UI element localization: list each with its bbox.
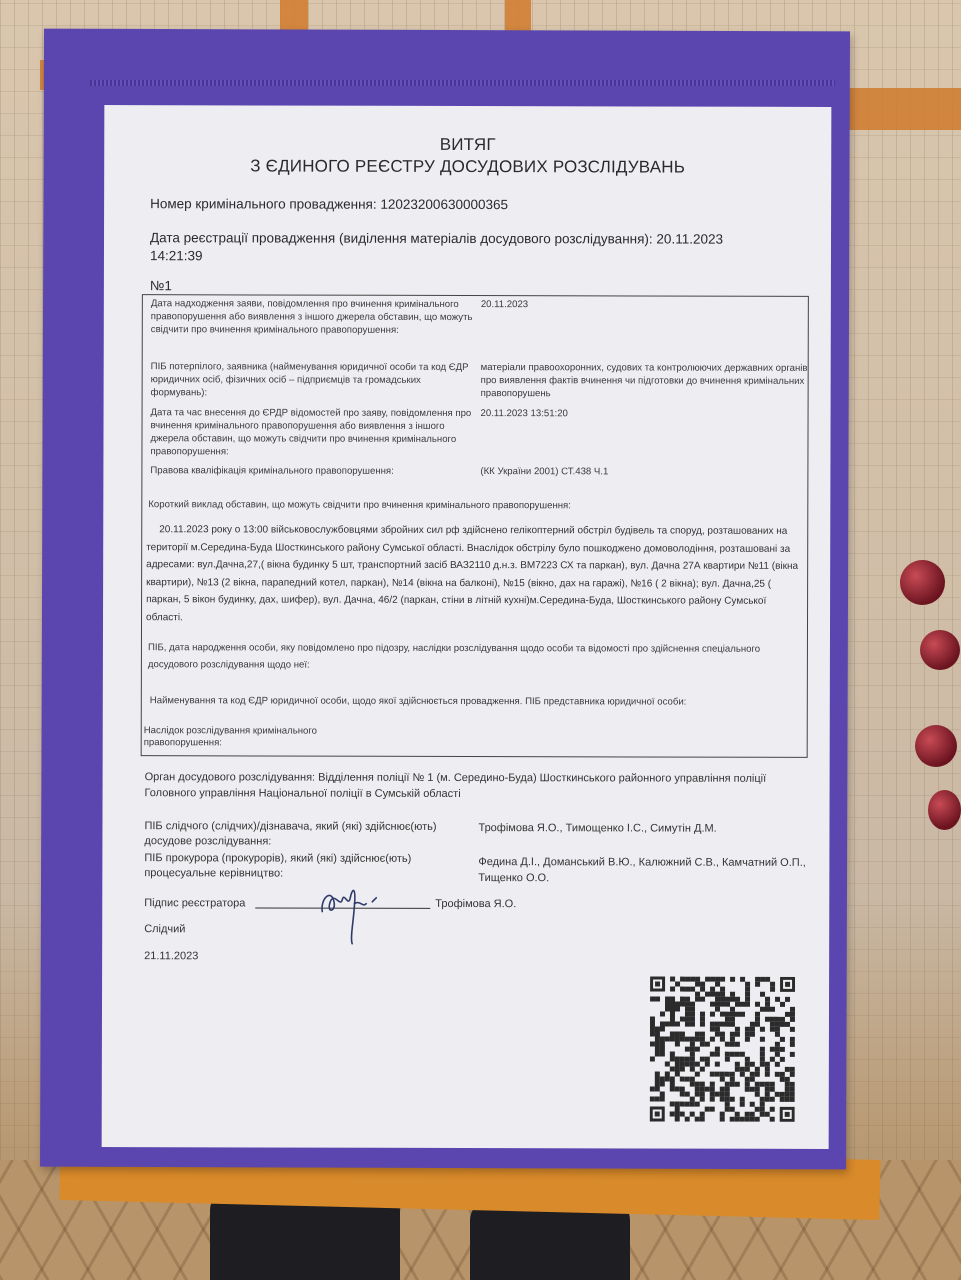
cherry-decoration bbox=[920, 630, 960, 670]
title-line-2: З ЄДИНОГО РЕЄСТРУ ДОСУДОВИХ РОЗСЛІДУВАНЬ bbox=[104, 155, 831, 179]
investigation-body: Орган досудового розслідування: Відділен… bbox=[145, 769, 785, 803]
registrar-position: Слідчий bbox=[144, 921, 185, 937]
row-value: 20.11.2023 bbox=[481, 298, 811, 312]
cherry-decoration bbox=[900, 560, 945, 605]
row-label: Правова кваліфікація кримінального право… bbox=[150, 464, 475, 478]
signature-icon bbox=[314, 878, 394, 948]
row-value: (КК України 2001) СТ.438 Ч.1 bbox=[480, 465, 810, 479]
entry-number: №1 bbox=[150, 277, 172, 295]
investigators-label: ПІБ слідчого (слідчих)/дізнавача, який (… bbox=[144, 819, 474, 850]
row-label: Дата надходження заяви, повідомлення про… bbox=[151, 297, 476, 337]
suspect-label: ПІБ, дата народження особи, яку повідомл… bbox=[148, 639, 798, 675]
cherry-decoration bbox=[915, 725, 957, 767]
prosecutors: Федина Д.І., Доманський В.Ю., Калюжний С… bbox=[478, 854, 823, 887]
prosecutors-label: ПІБ прокурора (прокурорів), який (які) з… bbox=[144, 851, 464, 882]
row-value: 20.11.2023 13:51:20 bbox=[481, 407, 811, 421]
registrar-name: Трофімова Я.О. bbox=[435, 896, 516, 912]
qr-code-icon bbox=[650, 976, 795, 1121]
result-label: Наслідок розслідування кримінального пра… bbox=[144, 725, 354, 750]
registrar-signature-label: Підпис реєстратора bbox=[144, 895, 245, 911]
row-label: Дата та час внесення до ЄРДР відомостей … bbox=[150, 406, 475, 459]
cherry-decoration bbox=[928, 790, 961, 830]
registration-date: 20.11.2023 bbox=[656, 231, 723, 246]
investigators: Трофімова Я.О., Тимощенко І.С., Симутін … bbox=[478, 820, 798, 837]
issue-date: 21.11.2023 bbox=[144, 948, 198, 964]
folder-seam bbox=[90, 80, 835, 86]
document-page: ВИТЯГ З ЄДИНОГО РЕЄСТРУ ДОСУДОВИХ РОЗСЛІ… bbox=[102, 105, 832, 1149]
case-number-line: Номер кримінального провадження: 1202320… bbox=[150, 195, 508, 214]
summary-text: 20.11.2023 року о 13:00 військовослужбов… bbox=[146, 521, 798, 628]
row-label: ПІБ потерпілого, заявника (найменування … bbox=[151, 360, 476, 400]
registration-date-label: Дата реєстрації провадження (виділення м… bbox=[150, 230, 653, 246]
case-number: 12023200630000365 bbox=[380, 197, 508, 212]
registry-table: Дата надходження заяви, повідомлення про… bbox=[141, 294, 809, 758]
summary-label: Короткий виклад обставин, що можуть свід… bbox=[148, 496, 798, 515]
row-value: матеріали правоохоронних, судових та кон… bbox=[481, 361, 811, 401]
legal-entity-label: Найменування та код ЄДР юридичної особи,… bbox=[150, 692, 800, 711]
case-number-label: Номер кримінального провадження: bbox=[150, 196, 377, 212]
tablecloth-stripe bbox=[845, 88, 961, 130]
registration-time: 14:21:39 bbox=[150, 248, 203, 263]
registration-date-line: Дата реєстрації провадження (виділення м… bbox=[150, 229, 780, 267]
document-title: ВИТЯГ З ЄДИНОГО РЕЄСТРУ ДОСУДОВИХ РОЗСЛІ… bbox=[104, 133, 831, 179]
title-line-1: ВИТЯГ bbox=[104, 133, 831, 157]
